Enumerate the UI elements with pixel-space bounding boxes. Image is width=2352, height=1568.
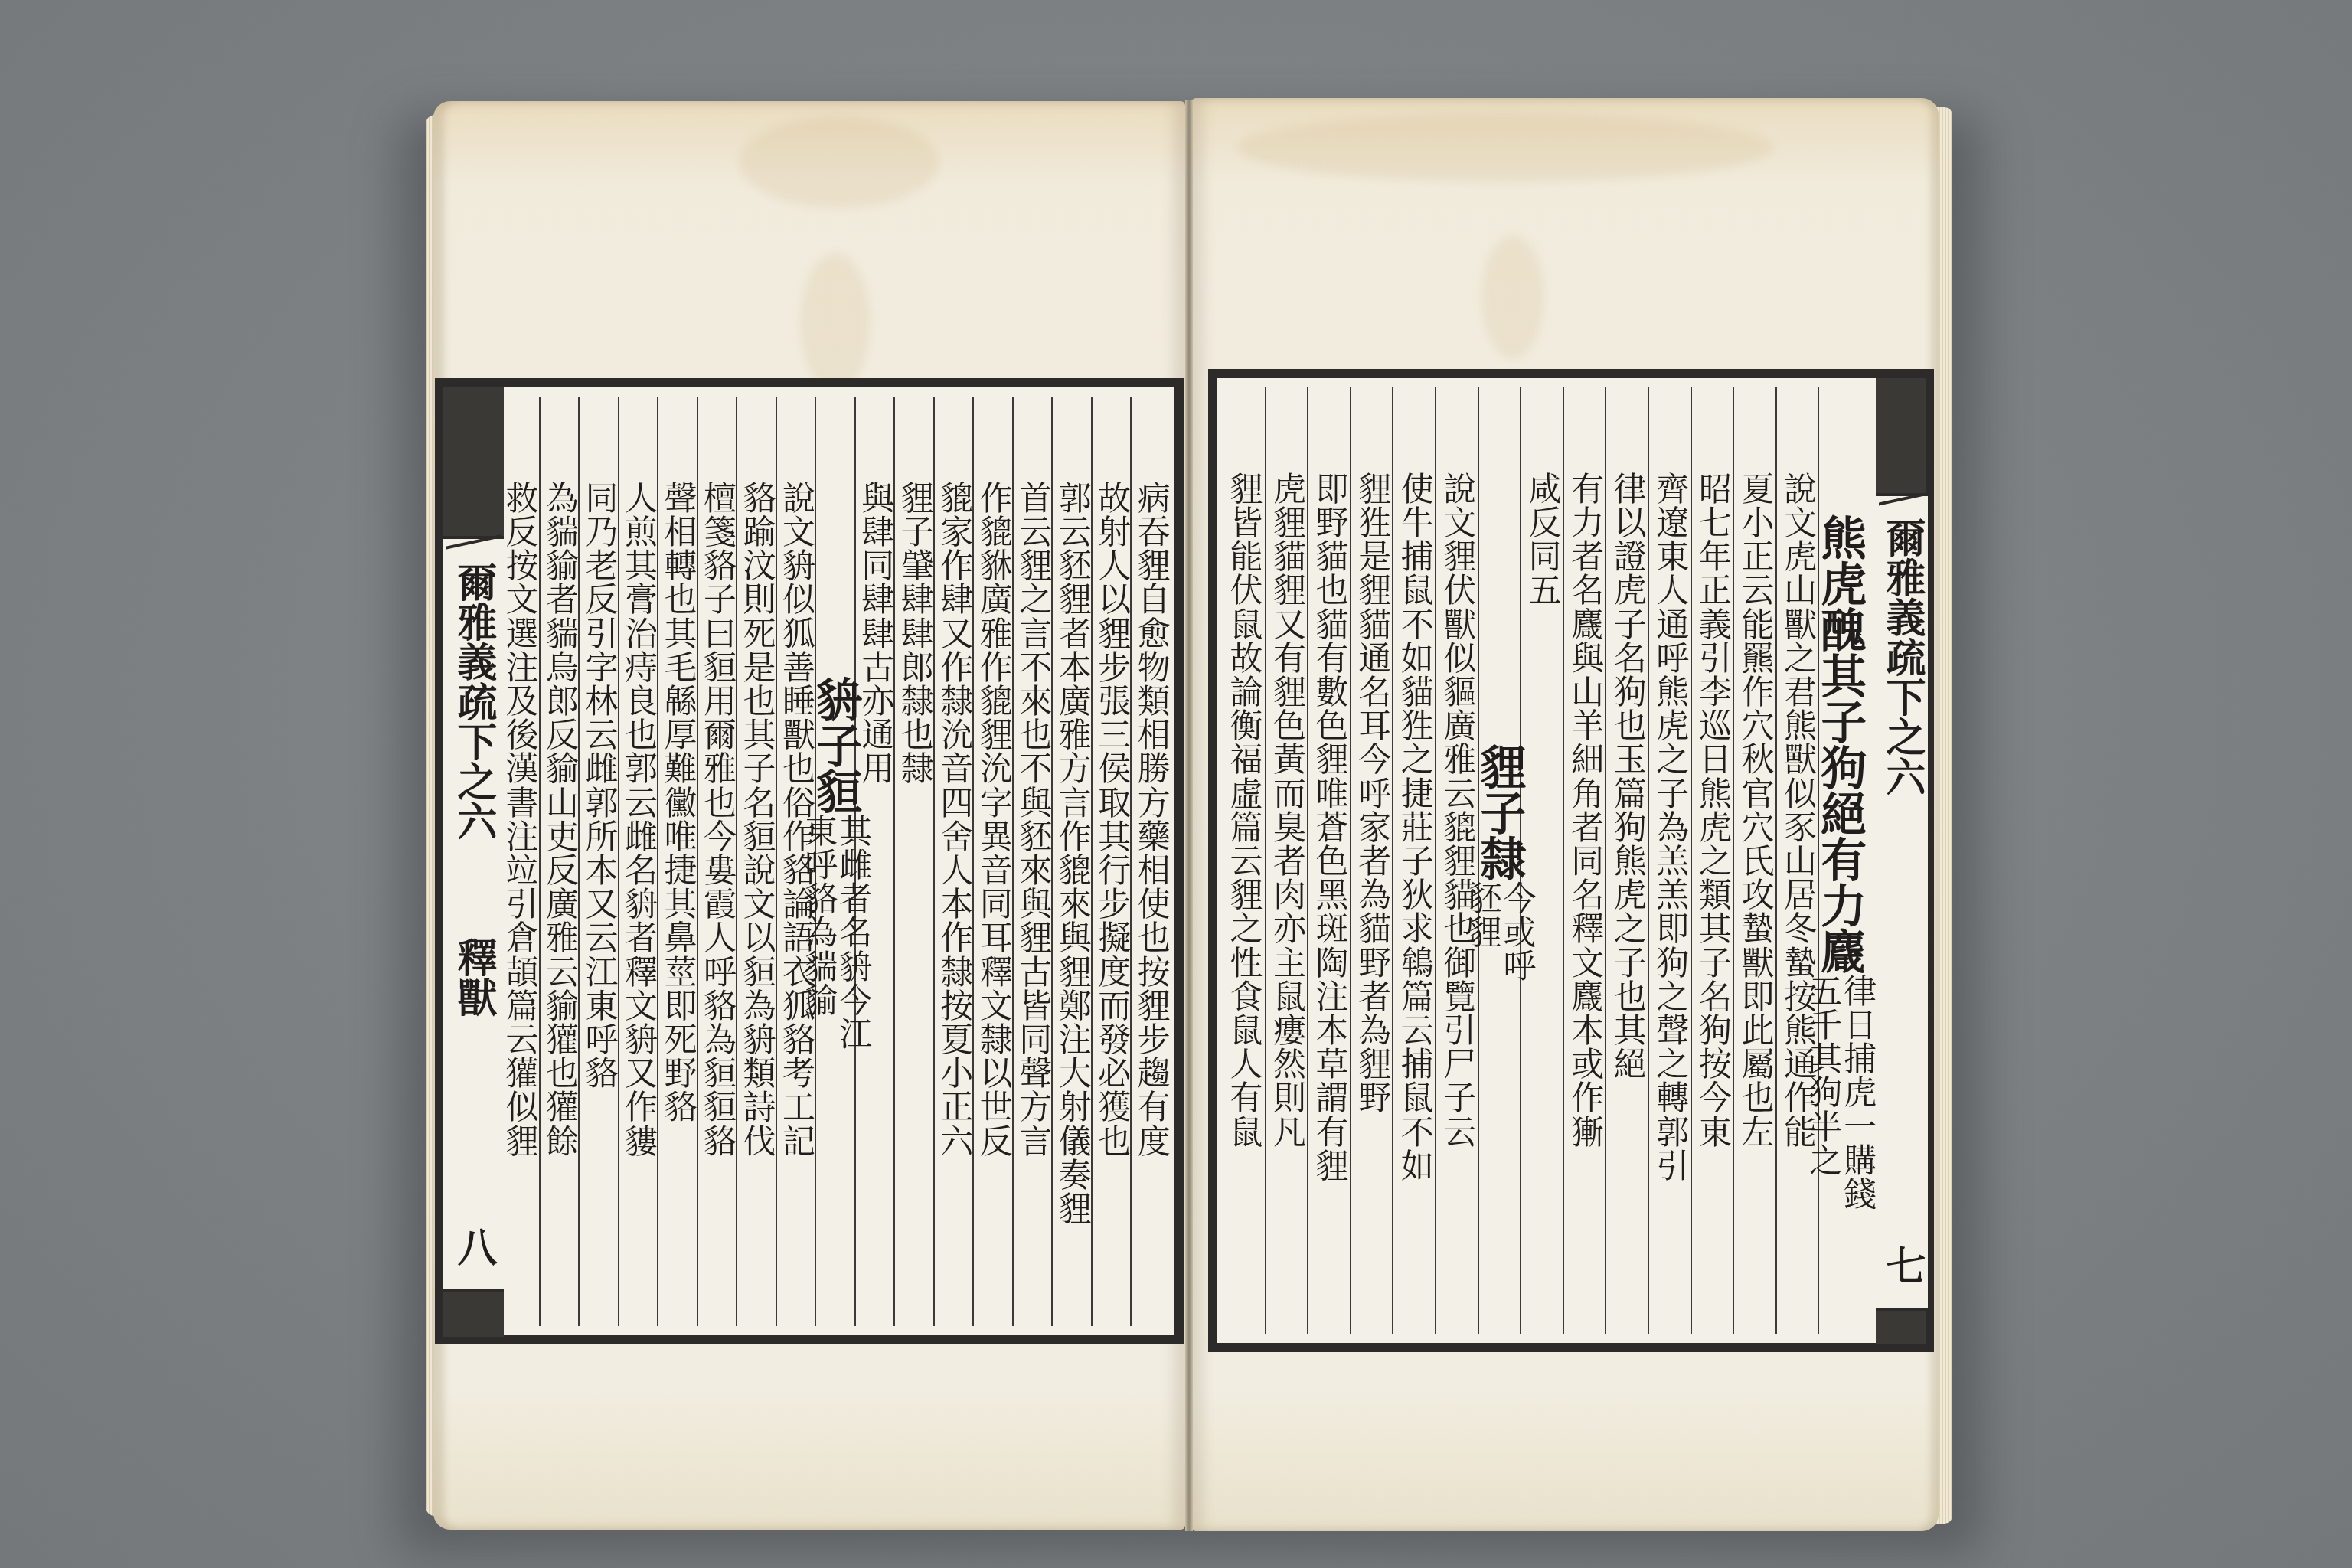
commentary-text: 檀箋貉子曰貆用爾雅也今婁霞人呼貉為貆貆貉: [701, 397, 733, 1326]
right-page-number: 七: [1882, 1245, 1922, 1285]
commentary-column: 同乃老反引字林云雌郭所本又云江東呼貉: [578, 397, 618, 1326]
commentary-text: 有力者名麙與山羊細角者同名釋文麙本或作獑: [1568, 387, 1601, 1334]
book-gutter: [1185, 100, 1193, 1531]
commentary-text: 貍子肈肆肆郎隸也隸: [898, 397, 931, 1326]
commentary-text: 同乃老反引字林云雌郭所本又云江東呼貉: [583, 397, 616, 1326]
commentary-column: 齊遼東人通呼熊虎之子為羔羔即狗之聲之轉郭引: [1648, 387, 1690, 1334]
commentary-text: 聲相轉也其毛緜厚難黴唯捷其鼻莖即死野貉: [661, 397, 694, 1326]
left-page-columns: 病吞貍自愈物類相勝方藥相使也按貍步趨有度故射人以貍步張三侯取其行步擬度而發必獲也…: [499, 397, 1170, 1326]
commentary-text: 咸反同五: [1526, 387, 1559, 1334]
right-page-columns: 熊虎醜其子狗絕有力麙律日捕虎一購錢五千其狗半之說文虎山獸之君熊獸似豕山居冬蟄按熊…: [1222, 387, 1860, 1334]
entry-headword: 貍子隸: [1476, 739, 1522, 881]
commentary-column: 貍子肈肆肆郎隸也隸: [893, 397, 933, 1326]
commentary-text: 使牛捕鼠不如貓狌之捷莊子狄求鴾篇云捕鼠不如: [1398, 387, 1431, 1334]
left-black-mouth-bottom: [443, 1286, 504, 1337]
commentary-text: 郭云豾貍者本廣雅方言作貔來與貍鄭注大射儀奏貍: [1056, 397, 1089, 1326]
commentary-column: 病吞貍自愈物類相勝方藥相使也按貍步趨有度: [1130, 397, 1170, 1326]
headword-column: 熊虎醜其子狗絕有力麙律日捕虎一購錢五千其狗半之: [1818, 387, 1860, 1334]
commentary-column: 郭云豾貍者本廣雅方言作貔來與貍鄭注大射儀奏貍: [1051, 397, 1091, 1326]
commentary-text: 昭七年正義引李巡日熊虎之類其子名狗按今東: [1696, 387, 1729, 1334]
commentary-column: 有力者名麙與山羊細角者同名釋文麙本或作獑: [1563, 387, 1606, 1334]
commentary-text: 齊遼東人通呼熊虎之子為羔羔即狗之聲之轉郭引: [1653, 387, 1686, 1334]
commentary-column: 夏小正云能羆作穴秋官穴氏攻蟄獸即此屬也左: [1733, 387, 1775, 1334]
headword-annotation: 其雌者名貈今江: [836, 814, 869, 1050]
commentary-column: 說文貈似狐善睡獸也俗作貉論語衣狐貉考工記: [776, 397, 815, 1326]
headword-column: 貈子貆其雌者名貈今江東呼貉為貒貐: [815, 397, 854, 1326]
commentary-column: 聲相轉也其毛緜厚難黴唯捷其鼻莖即死野貉: [657, 397, 697, 1326]
left-page-printed-frame: 病吞貍自愈物類相勝方藥相使也按貍步趨有度故射人以貍步張三侯取其行步擬度而發必獲也…: [435, 378, 1184, 1344]
commentary-column: 咸反同五: [1520, 387, 1563, 1334]
commentary-column: 首云貍之言不來也不與豾來與貍古皆同聲方言: [1012, 397, 1052, 1326]
left-banner-chapter: 釋獸: [453, 937, 493, 1017]
commentary-text: 故射人以貍步張三侯取其行步擬度而發必獲也: [1095, 397, 1128, 1326]
entry-headword: 熊虎醜其子狗絕有力麙: [1817, 510, 1863, 974]
headword-annotation: 今或呼: [1500, 881, 1533, 983]
commentary-text: 貉踰汶則死是也其子名貆說文以貆為貈類詩伐: [740, 397, 773, 1326]
commentary-column: 救反按文選注及後漢書注竝引倉頡篇云獾似貍: [499, 397, 539, 1326]
commentary-text: 首云貍之言不來也不與豾來與貍古皆同聲方言: [1016, 397, 1049, 1326]
commentary-text: 即野貓也貓有數色貍唯蒼色黑斑陶注本草謂有貍: [1313, 387, 1346, 1334]
commentary-text: 說文虎山獸之君熊獸似豕山居冬蟄按熊通作能: [1781, 387, 1814, 1334]
right-banner-title: 爾雅義疏下之六: [1882, 518, 1922, 796]
entry-headword: 貈子貆: [812, 671, 858, 814]
commentary-column: 故射人以貍步張三侯取其行步擬度而發必獲也: [1091, 397, 1131, 1326]
fishtail-mark: [1879, 493, 1925, 517]
commentary-text: 說文貈似狐善睡獸也俗作貉論語衣狐貉考工記: [779, 397, 812, 1326]
commentary-column: 為貒貐者貒烏郎反貐山吏反廣雅云貐獾也獾餘: [539, 397, 579, 1326]
commentary-column: 貉踰汶則死是也其子名貆說文以貆為貈類詩伐: [736, 397, 776, 1326]
commentary-column: 昭七年正義引李巡日熊虎之類其子名狗按今東: [1690, 387, 1733, 1334]
headword-column: 貍子隸今或呼豾貍: [1478, 387, 1521, 1334]
commentary-column: 人煎其膏治痔良也郭云雌名貈者釋文貈又作貗: [618, 397, 658, 1326]
commentary-text: 作貔貅廣雅作貔貍沇字異音同耳釋文隸以世反: [977, 397, 1010, 1326]
left-banner-title: 爾雅義疏下之六: [453, 562, 493, 841]
commentary-column: 檀箋貉子曰貆用爾雅也今婁霞人呼貉為貆貆貉: [697, 397, 737, 1326]
commentary-column: 虎貍貓貍又有貍色黃而臭者肉亦主鼠瘻然則凡: [1265, 387, 1308, 1334]
right-page-banner: 爾雅義疏下之六 七: [1876, 493, 1928, 1311]
commentary-column: 說文虎山獸之君熊獸似豕山居冬蟄按熊通作能: [1775, 387, 1818, 1334]
commentary-column: 使牛捕鼠不如貓狌之捷莊子狄求鴾篇云捕鼠不如: [1392, 387, 1435, 1334]
commentary-text: 貍皆能伏鼠故論衡福虛篇云貍之性食鼠人有鼠: [1227, 387, 1259, 1334]
commentary-column: 說文貍伏獸似貙廣雅云貔貍貓也御覽引尸子云: [1435, 387, 1478, 1334]
commentary-column: 作貔貅廣雅作貔貍沇字異音同耳釋文隸以世反: [972, 397, 1012, 1326]
commentary-text: 病吞貍自愈物類相勝方藥相使也按貍步趨有度: [1135, 397, 1168, 1326]
commentary-column: 貍狌是貍貓通名耳今呼家者為貓野者為貍野: [1350, 387, 1393, 1334]
left-black-mouth-top: [443, 387, 504, 537]
commentary-text: 律以證虎子名狗也玉篇狗熊虎之子也其絕: [1611, 387, 1644, 1334]
commentary-column: 貔家作肆又作隸沇音四舍人本作隸按夏小正六: [933, 397, 973, 1326]
commentary-column: 即野貓也貓有數色貍唯蒼色黑斑陶注本草謂有貍: [1307, 387, 1350, 1334]
commentary-text: 虎貍貓貍又有貍色黃而臭者肉亦主鼠瘻然則凡: [1270, 387, 1303, 1334]
fishtail-mark: [446, 534, 501, 560]
headword-annotation: 律日捕虎一購錢: [1841, 974, 1873, 1210]
commentary-text: 貔家作肆又作隸沇音四舍人本作隸按夏小正六: [937, 397, 970, 1326]
commentary-text: 貍狌是貍貓通名耳今呼家者為貓野者為貍野: [1355, 387, 1388, 1334]
commentary-text: 人煎其膏治痔良也郭云雌名貈者釋文貈又作貗: [622, 397, 655, 1326]
right-page-printed-frame: 熊虎醜其子狗絕有力麙律日捕虎一購錢五千其狗半之說文虎山獸之君熊獸似豕山居冬蟄按熊…: [1208, 369, 1934, 1352]
commentary-text: 救反按文選注及後漢書注竝引倉頡篇云獾似貍: [502, 397, 535, 1326]
right-black-mouth-top: [1876, 378, 1926, 493]
left-page-number: 八: [453, 1227, 493, 1266]
commentary-text: 為貒貐者貒烏郎反貐山吏反廣雅云貐獾也獾餘: [543, 397, 576, 1326]
left-page-banner: 爾雅義疏下之六 釋獸 八: [443, 536, 504, 1292]
commentary-column: 貍皆能伏鼠故論衡福虛篇云貍之性食鼠人有鼠: [1222, 387, 1265, 1334]
commentary-text: 夏小正云能羆作穴秋官穴氏攻蟄獸即此屬也左: [1739, 387, 1772, 1334]
commentary-column: 律以證虎子名狗也玉篇狗熊虎之子也其絕: [1605, 387, 1648, 1334]
commentary-text: 說文貍伏獸似貙廣雅云貔貍貓也御覽引尸子云: [1440, 387, 1473, 1334]
